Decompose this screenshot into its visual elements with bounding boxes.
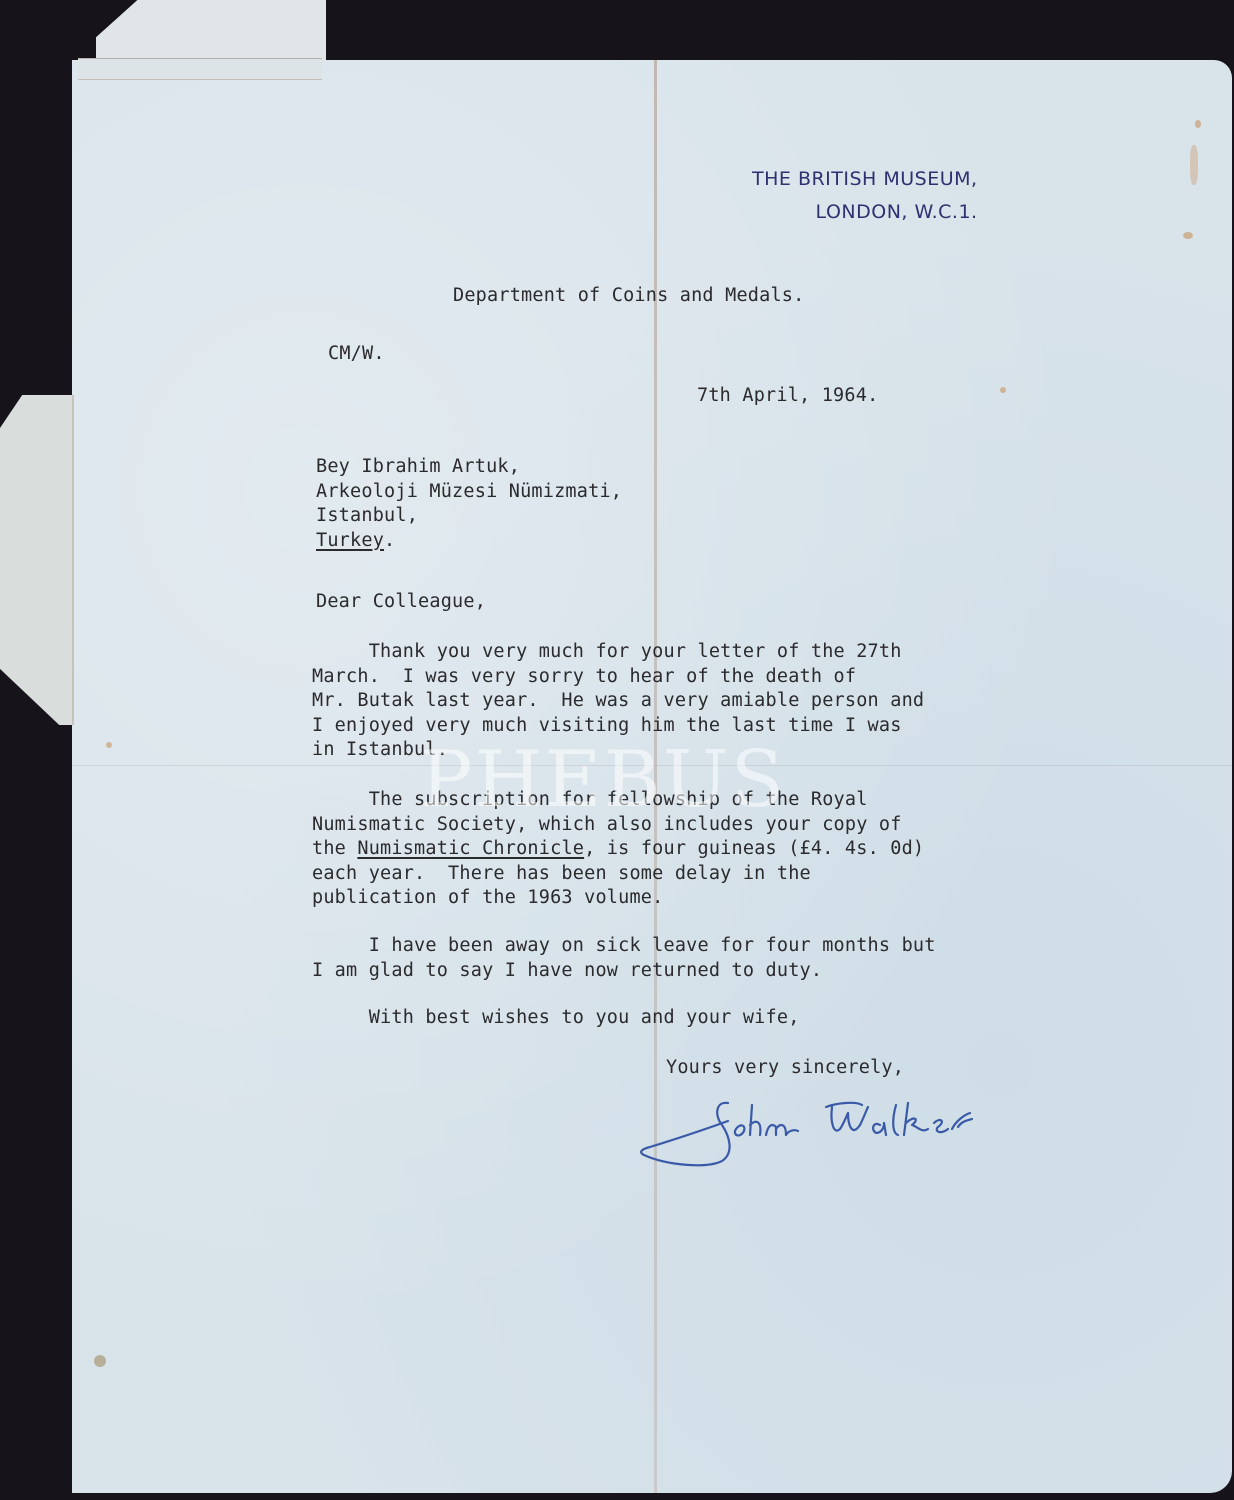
- handwritten-signature: [636, 1085, 996, 1175]
- body-paragraph-2: The subscription for fellowship of the R…: [312, 788, 924, 911]
- letterhead: THE BRITISH MUSEUM, LONDON, W.C.1.: [752, 163, 978, 229]
- age-spot: [94, 1355, 106, 1367]
- horizontal-fold-crease: [72, 765, 1232, 766]
- letter-paper: [72, 60, 1232, 1493]
- rust-stain: [1000, 387, 1006, 393]
- text-line: Thank you very much for your letter of t…: [312, 640, 924, 665]
- torn-top-flap: [96, 0, 326, 62]
- text-line: I enjoyed very much visiting him the las…: [312, 714, 924, 739]
- recipient-address: Bey Ibrahim Artuk,Arkeoloji Müzesi Nümiz…: [316, 455, 622, 553]
- top-flap-crease: [78, 58, 322, 80]
- text-line: March. I was very sorry to hear of the d…: [312, 665, 924, 690]
- body-paragraph-3: I have been away on sick leave for four …: [312, 934, 936, 983]
- salutation: Dear Colleague,: [316, 590, 486, 615]
- text-line: The subscription for fellowship of the R…: [312, 788, 924, 813]
- publication-title: Numismatic Chronicle: [357, 838, 584, 859]
- rust-stain: [1183, 232, 1193, 239]
- text-line: publication of the 1963 volume.: [312, 886, 924, 911]
- department-heading: Department of Coins and Medals.: [453, 284, 804, 309]
- text-line: the Numismatic Chronicle, is four guinea…: [312, 837, 924, 862]
- letterhead-address: LONDON, W.C.1.: [752, 196, 978, 229]
- text-line: I have been away on sick leave for four …: [312, 934, 936, 959]
- recipient-name: Bey Ibrahim Artuk,: [316, 455, 622, 480]
- recipient-city: Istanbul,: [316, 504, 622, 529]
- recipient-institution: Arkeoloji Müzesi Nümizmati,: [316, 480, 622, 505]
- valediction: Yours very sincerely,: [666, 1056, 904, 1081]
- rust-stain: [1190, 145, 1198, 185]
- text-line: in Istanbul.: [312, 738, 924, 763]
- recipient-country-line: Turkey.: [316, 529, 622, 554]
- left-fold-flap: [0, 395, 74, 725]
- body-paragraph-1: Thank you very much for your letter of t…: [312, 640, 924, 763]
- letterhead-institution: THE BRITISH MUSEUM,: [752, 163, 978, 196]
- age-spot: [106, 742, 112, 748]
- recipient-country: Turkey: [316, 530, 384, 551]
- vertical-fold-crease: [654, 60, 657, 1493]
- text-line: each year. There has been some delay in …: [312, 862, 924, 887]
- rust-stain: [1195, 120, 1201, 128]
- text-line: Mr. Butak last year. He was a very amiab…: [312, 689, 924, 714]
- closing-wish: With best wishes to you and your wife,: [312, 1006, 800, 1031]
- reference-code: CM/W.: [328, 342, 385, 367]
- text-line: I am glad to say I have now returned to …: [312, 959, 936, 984]
- letter-date: 7th April, 1964.: [697, 384, 878, 409]
- text-line: Numismatic Society, which also includes …: [312, 813, 924, 838]
